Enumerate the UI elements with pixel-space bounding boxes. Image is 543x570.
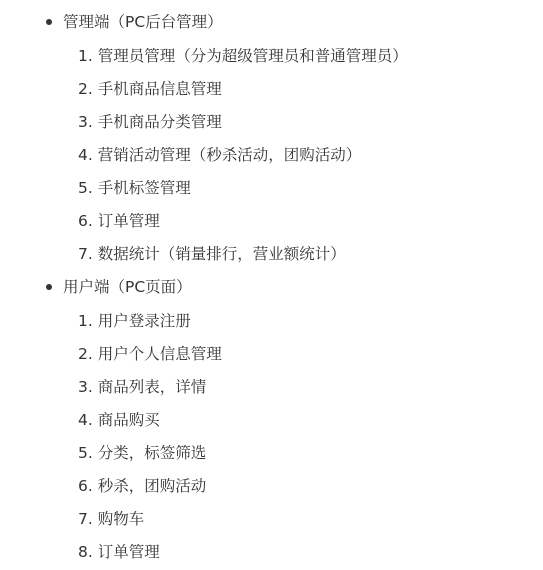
item-label: 手机标签管理 [98, 179, 191, 197]
list-item: 6.秒杀，团购活动 [0, 476, 543, 496]
section-user: 用户端（PC页面） 1.用户登录注册 2.用户个人信息管理 3.商品列表，详情 … [0, 277, 543, 562]
item-label: 订单管理 [98, 543, 160, 561]
list-item: 2.手机商品信息管理 [0, 79, 543, 99]
item-label: 商品购买 [98, 411, 160, 429]
list-item: 8.订单管理 [0, 542, 543, 562]
list-item: 7.数据统计（销量排行，营业额统计） [0, 244, 543, 264]
bullet-icon [46, 284, 52, 290]
list-item: 5.分类，标签筛选 [0, 443, 543, 463]
requirements-document: 管理端（PC后台管理） 1.管理员管理（分为超级管理员和普通管理员） 2.手机商… [0, 0, 543, 570]
item-number: 5. [78, 444, 93, 462]
item-number: 3. [78, 113, 93, 131]
list-item: 6.订单管理 [0, 211, 543, 231]
item-number: 2. [78, 345, 93, 363]
section-title: 管理端（PC后台管理） [63, 13, 223, 31]
item-number: 1. [78, 312, 93, 330]
list-item: 2.用户个人信息管理 [0, 344, 543, 364]
item-label: 手机商品信息管理 [98, 80, 222, 98]
item-number: 1. [78, 47, 93, 65]
item-number: 4. [78, 146, 93, 164]
item-number: 6. [78, 212, 93, 230]
item-number: 5. [78, 179, 93, 197]
item-label: 秒杀，团购活动 [98, 477, 207, 495]
item-label: 手机商品分类管理 [98, 113, 222, 131]
item-label: 购物车 [98, 510, 145, 528]
list-item: 1.管理员管理（分为超级管理员和普通管理员） [0, 46, 543, 66]
list-item: 1.用户登录注册 [0, 311, 543, 331]
item-number: 8. [78, 543, 93, 561]
list-item: 3.商品列表，详情 [0, 377, 543, 397]
item-label: 订单管理 [98, 212, 160, 230]
section-title: 用户端（PC页面） [63, 278, 192, 296]
item-number: 3. [78, 378, 93, 396]
item-label: 分类，标签筛选 [98, 444, 207, 462]
item-label: 管理员管理（分为超级管理员和普通管理员） [98, 47, 408, 65]
item-number: 7. [78, 245, 93, 263]
bullet-icon [46, 19, 52, 25]
section-title-row: 管理端（PC后台管理） [0, 12, 543, 32]
section-title-row: 用户端（PC页面） [0, 277, 543, 297]
item-label: 数据统计（销量排行，营业额统计） [98, 245, 346, 263]
item-number: 6. [78, 477, 93, 495]
item-label: 商品列表，详情 [98, 378, 207, 396]
list-item: 5.手机标签管理 [0, 178, 543, 198]
list-item: 4.商品购买 [0, 410, 543, 430]
section-admin: 管理端（PC后台管理） 1.管理员管理（分为超级管理员和普通管理员） 2.手机商… [0, 12, 543, 264]
item-number: 4. [78, 411, 93, 429]
list-item: 3.手机商品分类管理 [0, 112, 543, 132]
item-label: 用户个人信息管理 [98, 345, 222, 363]
item-number: 2. [78, 80, 93, 98]
list-item: 7.购物车 [0, 509, 543, 529]
item-number: 7. [78, 510, 93, 528]
item-label: 营销活动管理（秒杀活动，团购活动） [98, 146, 362, 164]
list-item: 4.营销活动管理（秒杀活动，团购活动） [0, 145, 543, 165]
item-label: 用户登录注册 [98, 312, 191, 330]
